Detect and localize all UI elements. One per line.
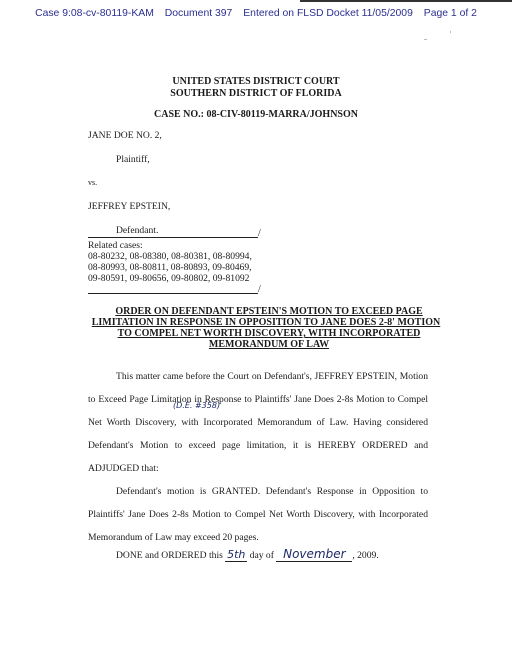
body-p2-line3: Memorandum of Law may exceed 20 pages. [88,532,259,543]
plaintiff-name: JANE DOE NO. 2, [88,130,162,141]
related-label: Related cases: [88,240,252,251]
body-p1-line5: ADJUDGED that: [88,463,159,474]
related-cases-line: 08-80232, 08-08380, 08-80381, 08-80994, [88,251,252,262]
caption-rule [88,237,258,238]
signoff-line: DONE and ORDERED this 5th day of Novembe… [116,547,379,562]
handwritten-month: November [276,547,352,562]
stamp-entered: Entered on FLSD Docket 11/05/2009 [243,8,413,19]
stamp-document: Document 397 [165,8,233,19]
order-title-line: MEMORANDUM OF LAW [96,339,442,350]
body-p2-line1: Defendant's motion is GRANTED. Defendant… [116,486,428,497]
body-p1-line3: Net Worth Discovery, with Incorporated M… [88,417,428,428]
signoff-prefix: DONE and ORDERED this [116,550,223,561]
body-p2-line2: Plaintiffs' Jane Does 2-8s Motion to Com… [88,509,428,520]
stamp-page: Page 1 of 2 [424,8,477,19]
defendant-name: JEFFREY EPSTEIN, [88,201,170,212]
body-p1-line4: Defendant's Motion to exceed page limita… [88,440,428,451]
related-cases-line: 08-80993, 08-80811, 08-80893, 09-80469, [88,262,252,273]
scan-edge-bar [300,0,512,2]
signoff-suffix: , 2009. [352,550,378,561]
scan-speck [450,31,451,33]
related-slash: / [258,284,261,295]
order-title-line: TO COMPEL NET WORTH DISCOVERY, WITH INCO… [96,328,442,339]
related-rule [88,293,258,294]
body-p1-line2: to Exceed Page Limitation in Response to… [88,394,428,405]
versus: vs. [88,178,97,187]
stamp-case: Case 9:08-cv-80119-KAM [35,8,154,19]
order-title-line: ORDER ON DEFENDANT EPSTEIN'S MOTION TO E… [96,306,442,317]
court-line-1: UNITED STATES DISTRICT COURT [0,76,512,88]
related-cases: Related cases: 08-80232, 08-08380, 08-80… [88,240,252,284]
related-cases-line: 09-80591, 09-80656, 09-80802, 09-81092 [88,273,252,284]
handwritten-day: 5th [225,548,247,562]
defendant-role: Defendant. [116,225,158,236]
order-title: ORDER ON DEFENDANT EPSTEIN'S MOTION TO E… [96,306,442,350]
scan-speck [424,39,427,40]
docket-header-stamp: Case 9:08-cv-80119-KAM Document 397 Ente… [0,8,512,19]
plaintiff-role: Plaintiff, [116,154,150,165]
signoff-middle: day of [250,550,274,561]
court-heading: UNITED STATES DISTRICT COURT SOUTHERN DI… [0,76,512,100]
body-p1-line1: This matter came before the Court on Def… [116,371,428,382]
order-title-line: LIMITATION IN RESPONSE IN OPPOSITION TO … [90,317,442,328]
court-line-2: SOUTHERN DISTRICT OF FLORIDA [0,88,512,100]
handwritten-docket-annotation: (D.E. #358) [173,401,220,410]
caption-slash: / [258,228,261,239]
case-number: CASE NO.: 08-CIV-80119-MARRA/JOHNSON [0,109,512,120]
